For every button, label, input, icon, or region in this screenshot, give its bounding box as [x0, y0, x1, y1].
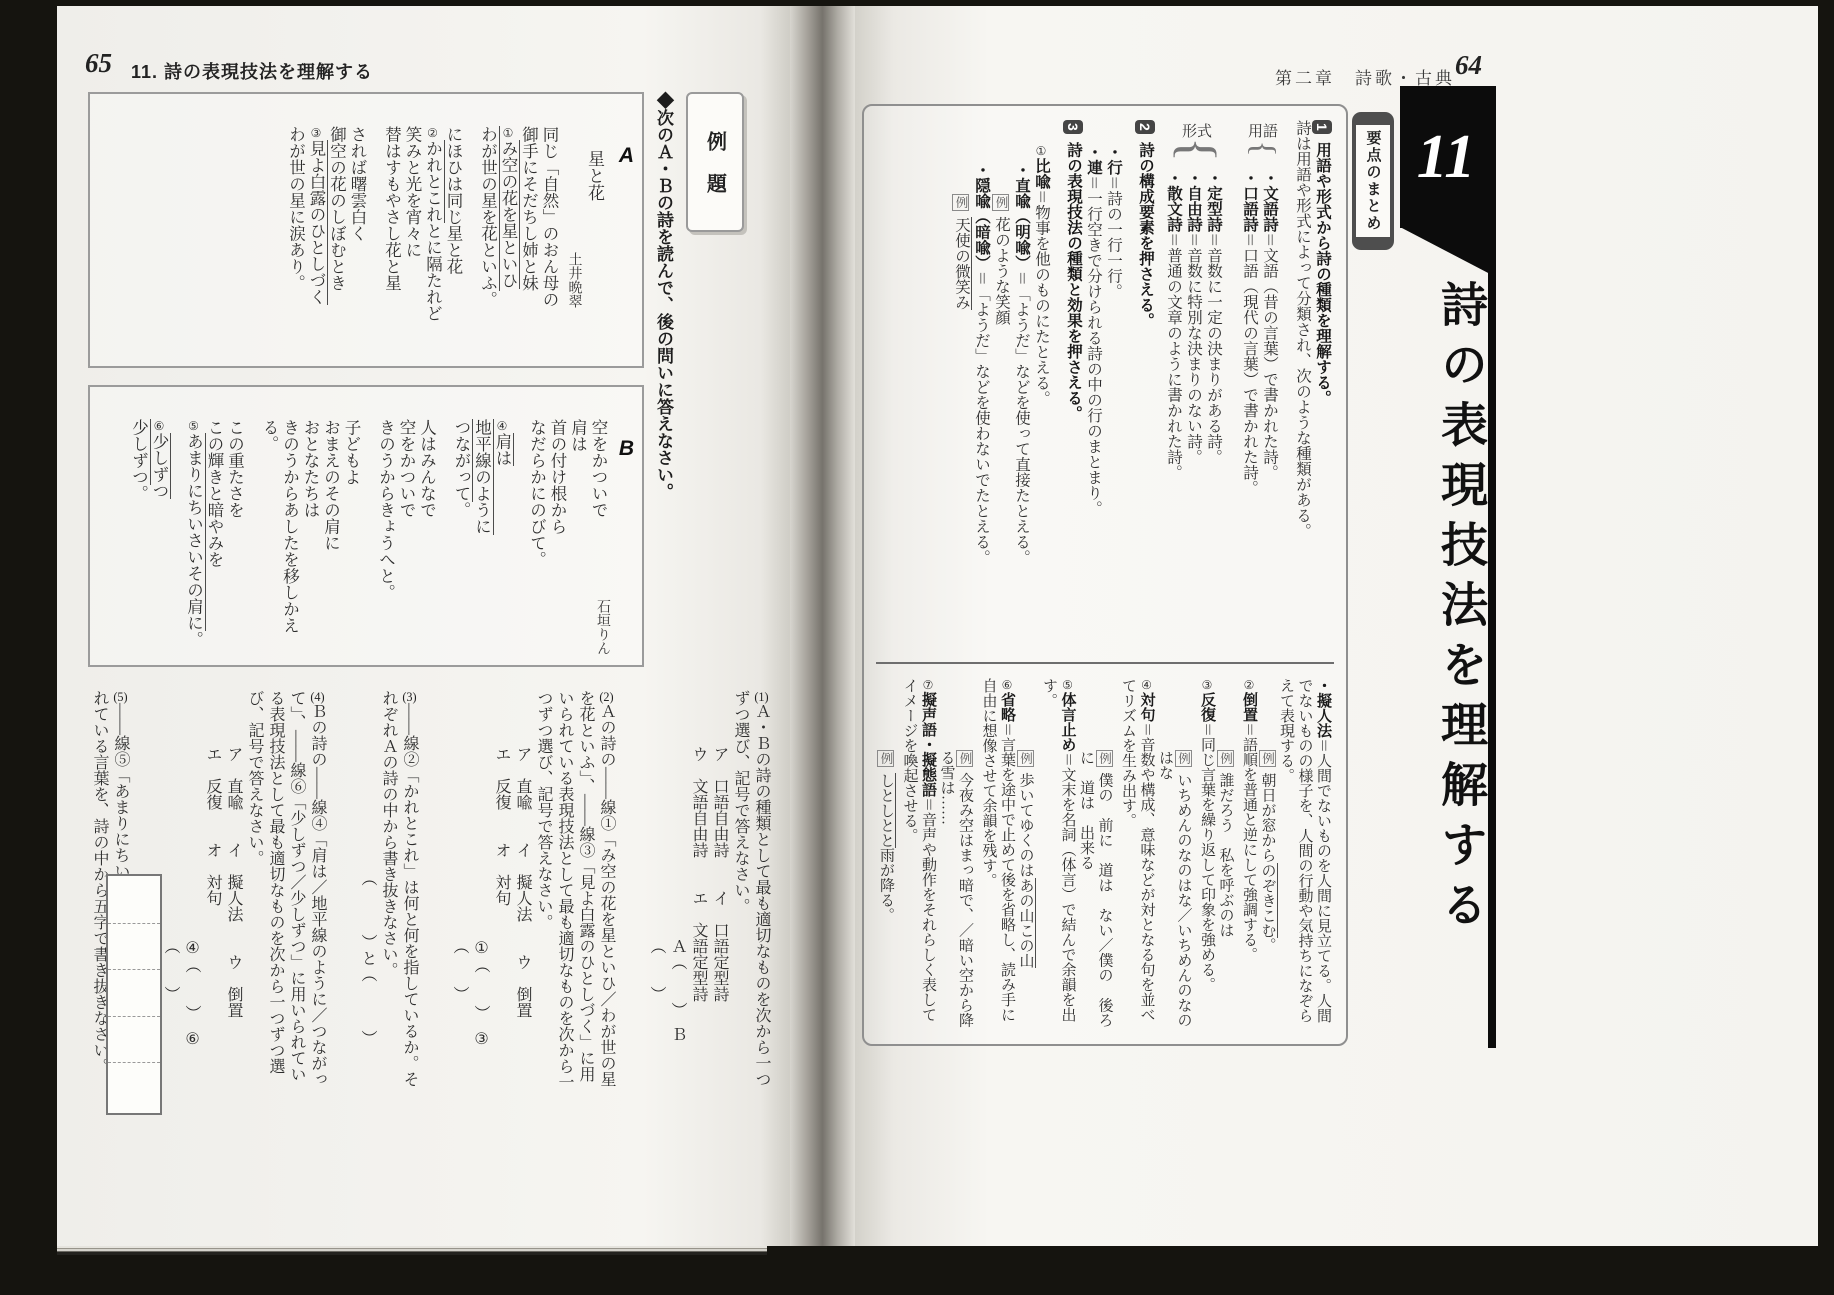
- summary-section-top: 1用語や形式から詩の種類を理解する。 詩は用語や形式によって分類され、次のような…: [874, 120, 1332, 652]
- poem-line: ③見よ白露のひとしづく: [306, 104, 327, 356]
- definition-line: ・直喩（明喩）＝「ようだ」などを使って直接たとえる。: [1011, 120, 1031, 652]
- question-number: (1): [754, 690, 769, 703]
- left-page: 65 11. 詩の表現技法を理解する 例題 ◆次のＡ・Ｂの詩を読んで、後の問いに…: [57, 6, 790, 1246]
- poem-a-text: 星と花 土井晩翠 同じ「自然」のおん母の 御手にそだちし姉と妹 ①み空の花を星と…: [100, 104, 608, 356]
- page-stack-edges: [57, 1246, 767, 1255]
- summary-tab: 要点のまとめ: [1352, 112, 1394, 250]
- page-header-title: 11. 詩の表現技法を理解する: [131, 58, 373, 84]
- poem-line: 空をかついで: [588, 397, 609, 655]
- definition-line: ・擬人法＝人間でないものを人間に見立てる。人間でないものの様子を、人間の行動や気…: [1277, 678, 1333, 1032]
- definition-line: ④対句＝音数や構成、意味などが対となる句を並べてリズムを生み出す。: [1119, 678, 1156, 1032]
- poem-line: 御空の花のしぼむとき: [326, 104, 347, 356]
- options-column: ア 口語自由詩 イ 口語定型詩: [709, 690, 730, 1094]
- example-problem-tab: 例題: [686, 92, 744, 232]
- poem-b-text: 空をかついで 肩は 首の付け根から なだらかにのびて。 ④肩は 地平線のように …: [100, 397, 608, 655]
- item-number: ①: [1034, 144, 1048, 158]
- example-badge: 例: [877, 750, 894, 767]
- example-line: 例僕の 前に 道は ない／僕の 後ろに 道は 出来る: [1077, 678, 1114, 1032]
- example-line: 例しとしとと雨が降る。: [877, 678, 896, 1032]
- example-line: 例今夜み空はまっ暗で、／暗い空から降る雪は……: [937, 678, 974, 1032]
- definition-line: ②倒置＝語順を普通と逆にして強調する。: [1240, 678, 1259, 1032]
- poem-line: わが世の星を花といふ。: [477, 104, 498, 356]
- poem-line: おとなたちは: [300, 397, 321, 655]
- example-badge: 例: [956, 750, 973, 767]
- poem-line: きのうからあしたを移しかえる。: [259, 397, 300, 655]
- example-badge: 例: [992, 194, 1009, 211]
- definition-line: ⑦擬声語・擬態語＝音声や動作をそれらしく表してイメージを喚起させる。: [900, 678, 937, 1032]
- poem-line: 人はみんなで: [416, 397, 437, 655]
- book-gutter: [790, 6, 855, 1246]
- instruction-text: ◆次のＡ・Ｂの詩を読んで、後の問いに答えなさい。: [651, 92, 676, 532]
- poem-a-box: A 星と花 土井晩翠 同じ「自然」のおん母の 御手にそだちし姉と妹 ①み空の花を…: [88, 92, 644, 368]
- answer-grid-cell: [108, 1016, 160, 1063]
- section-divider: [876, 662, 1334, 664]
- example-badge: 例: [1096, 750, 1113, 767]
- poem-line: 子どもよ: [341, 397, 362, 655]
- definition-line: ・連＝一行空きで分けられる詩の中の行のまとまり。: [1083, 120, 1103, 652]
- example-badge: 例: [1217, 750, 1234, 767]
- poem-line: 首の付け根から: [547, 397, 568, 655]
- poem-line: ⑥少しずつ: [149, 397, 170, 655]
- poem-line: おまえのその肩に: [320, 397, 341, 655]
- unit-tab-diagonal: [1400, 227, 1492, 275]
- poem-line: わが世の星に涙あり。: [285, 104, 306, 356]
- example-badge: 例: [952, 194, 969, 211]
- summary-section-bottom: ・擬人法＝人間でないものを人間に見立てる。人間でないものの様子を、人間の行動や気…: [874, 678, 1332, 1032]
- question-2: (2)Ａの詩の――線①「み空の花を星といひ／わが世の星を花といふ」、――線③「見…: [449, 690, 617, 1094]
- poem-line: ⑤あまりにちいさいその肩に。: [183, 397, 204, 655]
- poem-line: ④肩は: [492, 397, 513, 655]
- definition-line: ・自由詩＝音数に特別な決まりのない詩。: [1183, 170, 1203, 650]
- poem-line: 地平線のように: [471, 397, 492, 655]
- questions-area: (1)Ａ・Ｂの詩の種類として最も適切なものを次から一つずつ選び、記号で答えなさい…: [96, 690, 772, 1094]
- question-3: (3)――線②「かれとこれ」は何と何を指しているか。それぞれＡの詩の中から書き抜…: [357, 690, 420, 1094]
- item-number: ④: [1140, 678, 1154, 692]
- example-line: 例いちめんのなのはな／いちめんのなのはな: [1156, 678, 1193, 1032]
- question-number: (4): [310, 690, 325, 703]
- point-1-intro: 詩は用語や形式によって分類され、次のような種類がある。: [1292, 120, 1312, 652]
- answer-grid: [106, 874, 162, 1115]
- mark-number: ②: [426, 126, 440, 140]
- example-line: 例歩いてゆくのはあの山この山: [1016, 678, 1035, 1032]
- page-number: 64: [1455, 50, 1482, 81]
- unit-number: 11: [1417, 122, 1476, 193]
- poem-a-title: 星と花: [584, 104, 609, 356]
- term-group-keishiki: 形式{ ・定型詩＝音数に一定の決まりがある詩。 ・自由詩＝音数に特別な決まりのな…: [1163, 120, 1231, 652]
- answer-grid-cell: [108, 923, 160, 970]
- summary-box: 1用語や形式から詩の種類を理解する。 詩は用語や形式によって分類され、次のような…: [862, 104, 1348, 1046]
- answer-blanks: ①（ ） ③（ ）: [449, 690, 491, 1094]
- question-number: (5): [113, 690, 128, 703]
- definition-line: ①比喩＝物事を他のものにたとえる。: [1031, 120, 1051, 652]
- book-spread: 65 11. 詩の表現技法を理解する 例題 ◆次のＡ・Ｂの詩を読んで、後の問いに…: [0, 0, 1834, 1295]
- question-number: (3): [402, 690, 417, 703]
- poem-line: この輝きと暗やみを: [204, 397, 225, 655]
- example-problem-tab-label: 例題: [701, 109, 730, 215]
- options-column: エ 反復 オ 対句: [202, 690, 223, 1094]
- unit-title: 詩の表現技法を理解する: [1399, 280, 1495, 960]
- poem-line: なだらかにのびて。: [526, 397, 547, 655]
- mark-number: ①: [501, 126, 515, 140]
- question-4: (4)Ｂの詩の――線④「肩は／地平線のように／つながって」、――線⑥「少しずつ／…: [160, 690, 328, 1094]
- section-badge: 1: [1312, 120, 1332, 134]
- definition-line: ・文語詩＝文語（昔の言葉）で書かれた詩。: [1259, 170, 1279, 650]
- poem-line: にほひは同じ星と花: [443, 104, 464, 356]
- definition-line: ③反復＝同じ言葉を繰り返して印象を強める。: [1198, 678, 1217, 1032]
- definition-line: ⑤体言止め＝文末を名詞（体言）で結んで余韻を出す。: [1040, 678, 1077, 1032]
- poem-line: されば曙雲白く: [347, 104, 368, 356]
- poem-line: この重たさを: [224, 397, 245, 655]
- group-label: 形式{: [1163, 120, 1231, 170]
- mark-number: ④: [495, 419, 509, 433]
- poem-line: 替はすもやさし花と星: [381, 104, 402, 356]
- item-number: ⑤: [1061, 678, 1075, 692]
- options-column: ア 直喩 イ 擬人法 ウ 倒置: [512, 690, 533, 1094]
- answer-grid-cell: [108, 1062, 160, 1109]
- options-column: ウ 文語自由詩 エ 文語定型詩: [688, 690, 709, 1094]
- example-line: 例誰だろう 私を呼ぶのは: [1216, 678, 1235, 1032]
- example-line: 例朝日が窓からのぞきこむ。: [1258, 678, 1277, 1032]
- summary-tab-label: 要点のまとめ: [1363, 130, 1384, 232]
- poem-b-box: B 石垣りん 空をかついで 肩は 首の付け根から なだらかにのびて。 ④肩は 地…: [88, 385, 644, 667]
- section-badge: 3: [1063, 120, 1083, 134]
- poem-line: ②かれとこれとに隔たれど: [422, 104, 443, 356]
- poem-line: 少しずつ。: [128, 397, 149, 655]
- poem-line: きのうからきょうへと。: [375, 397, 396, 655]
- unit-number-tab: 11: [1400, 86, 1492, 228]
- definition-line: ・散文詩＝普通の文章のように書かれた詩。: [1163, 170, 1183, 650]
- definition-line: ・隠喩（暗喩）＝「ようだ」などを使わないでたとえる。: [971, 120, 991, 652]
- right-page: 第二章 詩歌・古典 64 11 詩の表現技法を理解する 要点のまとめ 1用語や形…: [855, 6, 1818, 1246]
- answer-blanks: Ａ（ ） Ｂ（ ）: [646, 690, 688, 1094]
- question-number: (2): [599, 690, 614, 703]
- definition-line: ・行＝詩の一行一行。: [1103, 120, 1123, 652]
- term-group-yougo: 用語{ ・文語詩＝文語（昔の言葉）で書かれた詩。 ・口語詩＝口語（現代の言葉）で…: [1239, 120, 1287, 652]
- section-badge: 2: [1135, 120, 1155, 134]
- poem-line: つながって。: [451, 397, 472, 655]
- poem-line: 同じ「自然」のおん母の: [539, 104, 560, 356]
- answer-grid-cell: [108, 969, 160, 1016]
- example-badge: 例: [1017, 750, 1034, 767]
- question-1: (1)Ａ・Ｂの詩の種類として最も適切なものを次から一つずつ選び、記号で答えなさい…: [646, 690, 772, 1094]
- options-column: ア 直喩 イ 擬人法 ウ 倒置: [223, 690, 244, 1094]
- point-3-title: 3詩の表現技法の種類と効果を押さえる。: [1063, 120, 1083, 652]
- definition-line: ・定型詩＝音数に一定の決まりがある詩。: [1203, 170, 1223, 650]
- group-label: 用語{: [1239, 120, 1287, 170]
- poem-line: ①み空の花を星といひ: [498, 104, 519, 356]
- answer-blanks: （ ）と（ ）: [357, 690, 378, 1094]
- mark-number: ⑥: [152, 419, 166, 433]
- example-badge: 例: [1259, 750, 1276, 767]
- brace-glyph: {: [1256, 125, 1271, 173]
- point-2-title: 2詩の構成要素を押さえる。: [1135, 120, 1155, 652]
- poem-line: 空をかついで: [396, 397, 417, 655]
- brace-glyph: {: [1189, 116, 1206, 184]
- definition-line: ・口語詩＝口語（現代の言葉）で書かれた詩。: [1239, 170, 1259, 650]
- poem-b-label: B: [619, 437, 634, 461]
- example-line: 例天使の微笑み: [951, 120, 971, 652]
- item-number: ⑥: [1000, 678, 1014, 692]
- poem-a-label: A: [619, 144, 634, 168]
- poem-a-author: 土井晩翠: [563, 104, 584, 356]
- poem-line: 笑みと光を宵々に: [402, 104, 423, 356]
- answer-grid-cell: [108, 876, 160, 923]
- answer-blanks: ④（ ） ⑥（ ）: [160, 690, 202, 1094]
- poem-line: 御手にそだちし姉と妹: [518, 104, 539, 356]
- example-line: 例花のような笑顔: [991, 120, 1011, 652]
- definition-line: ⑥省略＝言葉を途中で止めて後を省略し、読み手に自由に想像させて余韻を残す。: [979, 678, 1016, 1032]
- item-number: ⑦: [921, 678, 935, 692]
- mark-number: ⑤: [187, 419, 201, 433]
- options-column: エ 反復 オ 対句: [491, 690, 512, 1094]
- mark-number: ③: [309, 126, 323, 140]
- point-1-title: 1用語や形式から詩の種類を理解する。: [1312, 120, 1332, 652]
- item-number: ③: [1200, 678, 1214, 692]
- page-number: 65: [85, 48, 112, 79]
- example-badge: 例: [1175, 750, 1192, 767]
- poem-line: 肩は: [567, 397, 588, 655]
- item-number: ②: [1242, 678, 1256, 692]
